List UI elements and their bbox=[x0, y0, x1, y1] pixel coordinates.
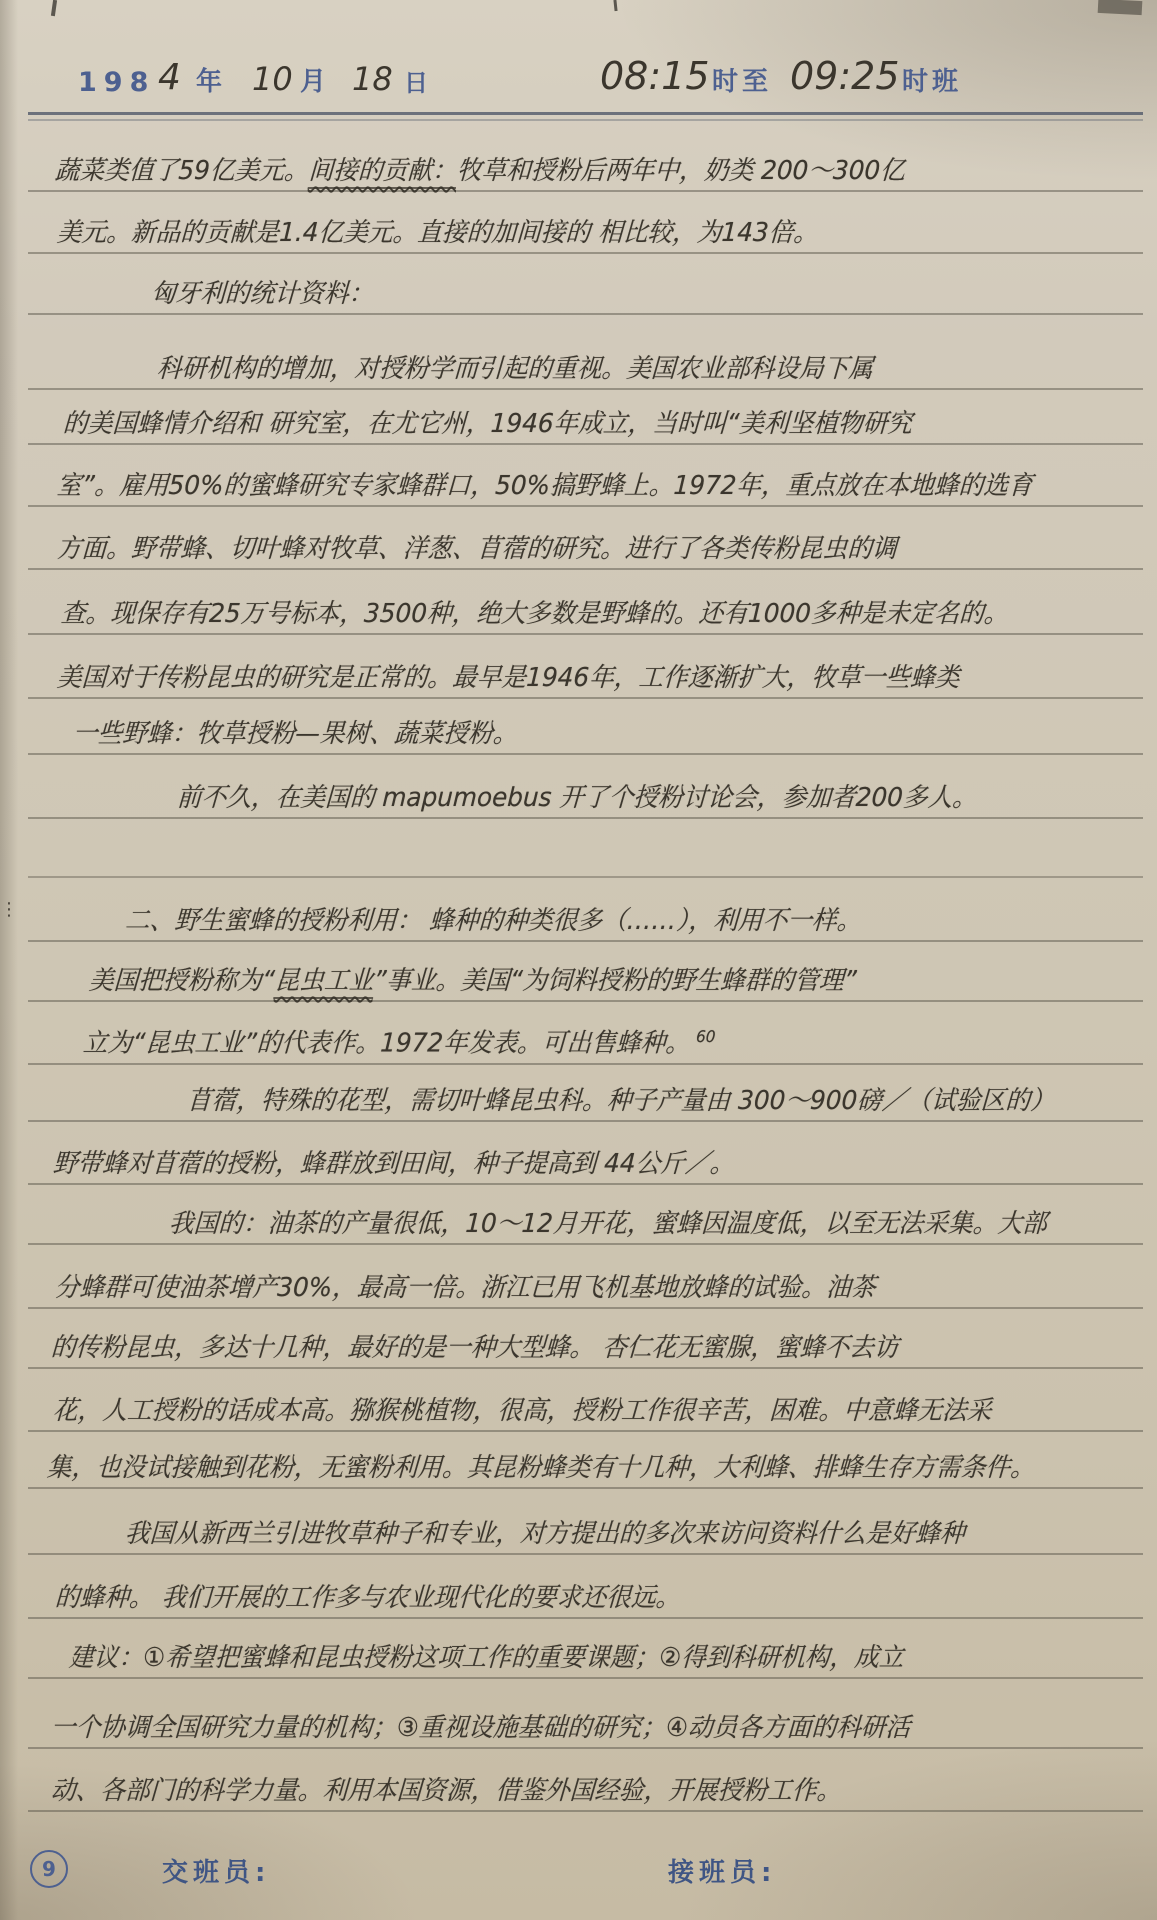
handwritten-line: 集，也没试接触到花粉，无蜜粉利用。其昆粉蜂类有十几种，大利蜂、排蜂生存方需条件。 bbox=[28, 1429, 1143, 1489]
line-text: 二、野生蜜蜂的授粉利用： 蜂种的种类很多（……），利用不一样。 bbox=[124, 906, 862, 940]
month-label: 月 bbox=[300, 61, 326, 98]
line-text: 我国的：油茶的产量很低，10～12月开花，蜜蜂因温度低，以至无法采集。大部 bbox=[168, 1209, 1048, 1243]
shift-label: 时班 bbox=[902, 61, 962, 98]
footer: 9 交班员: 接班员: bbox=[0, 1830, 1157, 1920]
handwritten-line: 美国把授粉称为“昆虫工业”事业。美国“为饲料授粉的野生蜂群的管理” bbox=[28, 942, 1143, 1002]
handwritten-line: 前不久，在美国的 mapumoebus 开了个授粉讨论会，参加者200多人。 bbox=[28, 759, 1143, 819]
line-text: ”事业。美国“为饲料授粉的野生蜂群的管理” bbox=[373, 966, 857, 996]
line-text: 一个协调全国研究力量的机构；③重视设施基础的研究；④动员各方面的科研活 bbox=[50, 1713, 911, 1747]
handwritten-line: 立为“昆虫工业”的代表作。1972年发表。可出售蜂种。60 bbox=[28, 1005, 1143, 1065]
line-text: 花，人工授粉的话成本高。猕猴桃植物，很高，授粉工作很辛苦，困难。中意蜂无法采 bbox=[52, 1396, 992, 1430]
handwritten-line: 科研机构的增加，对授粉学而引起的重视。美国农业部科设局下属 bbox=[28, 330, 1143, 390]
line-text: 室”。雇用50%的蜜蜂研究专家蜂群口，50%搞野蜂上。1972年，重点放在本地蜂… bbox=[56, 471, 1034, 505]
line-text: 集，也没试接触到花粉，无蜜粉利用。其昆粉蜂类有十几种，大利蜂、排蜂生存方需条件。 bbox=[46, 1453, 1036, 1487]
handwritten-line: 野带蜂对苜蓿的授粉，蜂群放到田间，种子提高到 44公斤／。 bbox=[28, 1125, 1143, 1185]
handwritten-line: 花，人工授粉的话成本高。猕猴桃植物，很高，授粉工作很辛苦，困难。中意蜂无法采 bbox=[28, 1372, 1143, 1432]
line-text: 的美国蜂情介绍和 研究室，在尤它州，1946年成立，当时叫“美利坚植物研究 bbox=[62, 409, 913, 443]
line-text: 科研机构的增加，对授粉学而引起的重视。美国农业部科设局下属 bbox=[156, 354, 874, 388]
line-text: 美国把授粉称为“ bbox=[88, 966, 275, 996]
ink-mark bbox=[51, 0, 57, 16]
handwritten-line: 苜蓿，特殊的花型，需切叶蜂昆虫科。种子产量由 300～900磅／（试验区的） bbox=[28, 1062, 1143, 1122]
year-label: 年 bbox=[196, 61, 222, 98]
ink-mark bbox=[613, 0, 617, 11]
year-handwritten: 4 bbox=[158, 57, 181, 98]
handwritten-line: 一个协调全国研究力量的机构；③重视设施基础的研究；④动员各方面的科研活 bbox=[28, 1689, 1143, 1749]
line-text: 查。现保存有25万号标本，3500种，绝大多数是野蜂的。还有1000多种是未定名… bbox=[60, 599, 1009, 633]
handwritten-line: 美国对于传粉昆虫的研究是正常的。最早是1946年，工作逐渐扩大，牧草一些蜂类 bbox=[28, 639, 1143, 699]
ink-mark bbox=[1098, 0, 1143, 15]
line-text: 匈牙利的统计资料： bbox=[150, 279, 374, 313]
line-text: 分蜂群可使油茶增产30%，最高一倍。浙江已用飞机基地放蜂的试验。油茶 bbox=[54, 1273, 876, 1307]
underlined-phrase: 昆虫工业 bbox=[274, 966, 374, 999]
handover-person-label: 交班员: bbox=[162, 1852, 270, 1889]
handwritten-line: 美元。新品的贡献是1.4亿美元。直接的加间接的 相比较，为143倍。 bbox=[28, 194, 1143, 254]
line-text: 苜蓿，特殊的花型，需切叶蜂昆虫科。种子产量由 300～900磅／（试验区的） bbox=[186, 1086, 1056, 1120]
line-text: 动、各部门的科学力量。利用本国资源，借鉴外国经验，开展授粉工作。 bbox=[50, 1776, 842, 1810]
line-text: 建议：①希望把蜜蜂和昆虫授粉这项工作的重要课题；②得到科研机构，成立 bbox=[68, 1643, 904, 1677]
line-text: 牧草和授粉后两年中，奶类 200～300亿 bbox=[456, 156, 905, 186]
underlined-phrase: 间接的贡献： bbox=[308, 156, 458, 189]
line-text: 立为“昆虫工业”的代表作。1972年发表。可出售蜂种。 bbox=[82, 1029, 691, 1059]
handwritten-line: 的传粉昆虫，多达十几种，最好的是一种大型蜂。 杏仁花无蜜腺，蜜蜂不去访 bbox=[28, 1309, 1143, 1369]
handwritten-line: 一些野蜂：牧草授粉—果树、蔬菜授粉。 bbox=[28, 695, 1143, 755]
from-label: 时至 bbox=[712, 61, 772, 98]
handwritten-line: 分蜂群可使油茶增产30%，最高一倍。浙江已用飞机基地放蜂的试验。油茶 bbox=[28, 1249, 1143, 1309]
day-label: 日 bbox=[404, 63, 428, 98]
blank-ruled-line bbox=[28, 876, 1143, 878]
line-text: 我国从新西兰引进牧草种子和专业，对方提出的多次来访问资料什么是好蜂种 bbox=[124, 1519, 966, 1553]
handwritten-line: 我国从新西兰引进牧草种子和专业，对方提出的多次来访问资料什么是好蜂种 bbox=[28, 1495, 1143, 1555]
line-text: 美国对于传粉昆虫的研究是正常的。最早是1946年，工作逐渐扩大，牧草一些蜂类 bbox=[56, 663, 960, 697]
line-text: 野带蜂对苜蓿的授粉，蜂群放到田间，种子提高到 44公斤／。 bbox=[52, 1149, 735, 1183]
handwritten-line: 建议：①希望把蜜蜂和昆虫授粉这项工作的重要课题；②得到科研机构，成立 bbox=[28, 1619, 1143, 1679]
shift-end-time: 09:25 bbox=[790, 54, 900, 98]
margin-mark: ⋮ bbox=[0, 905, 18, 914]
day-handwritten: 18 bbox=[352, 60, 393, 98]
handwritten-line: 匈牙利的统计资料： bbox=[28, 255, 1143, 315]
receiver-person-label: 接班员: bbox=[668, 1852, 776, 1889]
header-rule bbox=[28, 112, 1143, 115]
handwritten-line: 室”。雇用50%的蜜蜂研究专家蜂群口，50%搞野蜂上。1972年，重点放在本地蜂… bbox=[28, 447, 1143, 507]
handwritten-line: 我国的：油茶的产量很低，10～12月开花，蜜蜂因温度低，以至无法采集。大部 bbox=[28, 1185, 1143, 1245]
year-printed: 198 bbox=[78, 67, 155, 98]
handwritten-line: 的蜂种。 我们开展的工作多与农业现代化的要求还很远。 bbox=[28, 1559, 1143, 1619]
handwritten-line: 方面。野带蜂、切叶蜂对牧草、洋葱、苜蓿的研究。进行了各类传粉昆虫的调 bbox=[28, 510, 1143, 570]
line-text: 一些野蜂：牧草授粉—果树、蔬菜授粉。 bbox=[72, 719, 518, 753]
line-text: 美元。新品的贡献是1.4亿美元。直接的加间接的 相比较，为143倍。 bbox=[56, 218, 819, 252]
page-number-badge: 9 bbox=[30, 1850, 68, 1888]
shift-start-time: 08:15 bbox=[600, 54, 710, 98]
header-rule-echo bbox=[28, 119, 1143, 121]
line-text: 的蜂种。 我们开展的工作多与农业现代化的要求还很远。 bbox=[54, 1583, 681, 1617]
handwritten-line: 动、各部门的科学力量。利用本国资源，借鉴外国经验，开展授粉工作。 bbox=[28, 1752, 1143, 1812]
month-handwritten: 10 bbox=[252, 60, 293, 98]
handwritten-line: 的美国蜂情介绍和 研究室，在尤它州，1946年成立，当时叫“美利坚植物研究 bbox=[28, 385, 1143, 445]
line-text: 前不久，在美国的 mapumoebus 开了个授粉讨论会，参加者200多人。 bbox=[176, 783, 978, 817]
handwritten-line: 蔬菜类值了59亿美元。间接的贡献：牧草和授粉后两年中，奶类 200～300亿 bbox=[28, 132, 1143, 192]
line-text: 的传粉昆虫，多达十几种，最好的是一种大型蜂。 杏仁花无蜜腺，蜜蜂不去访 bbox=[50, 1333, 899, 1367]
notebook-page: 198 4 年 10 月 18 日 08:15 时至 09:25 时班 ⋮ 蔬菜… bbox=[0, 0, 1157, 1920]
handwritten-line: 查。现保存有25万号标本，3500种，绝大多数是野蜂的。还有1000多种是未定名… bbox=[28, 575, 1143, 635]
line-text: 蔬菜类值了59亿美元。 bbox=[54, 156, 309, 186]
line-text: 方面。野带蜂、切叶蜂对牧草、洋葱、苜蓿的研究。进行了各类传粉昆虫的调 bbox=[56, 534, 898, 568]
header-date-line: 198 4 年 10 月 18 日 08:15 时至 09:25 时班 bbox=[0, 38, 1157, 98]
handwritten-line: 二、野生蜜蜂的授粉利用： 蜂种的种类很多（……），利用不一样。 bbox=[28, 882, 1143, 942]
superscript-note: 60 bbox=[696, 1027, 716, 1046]
